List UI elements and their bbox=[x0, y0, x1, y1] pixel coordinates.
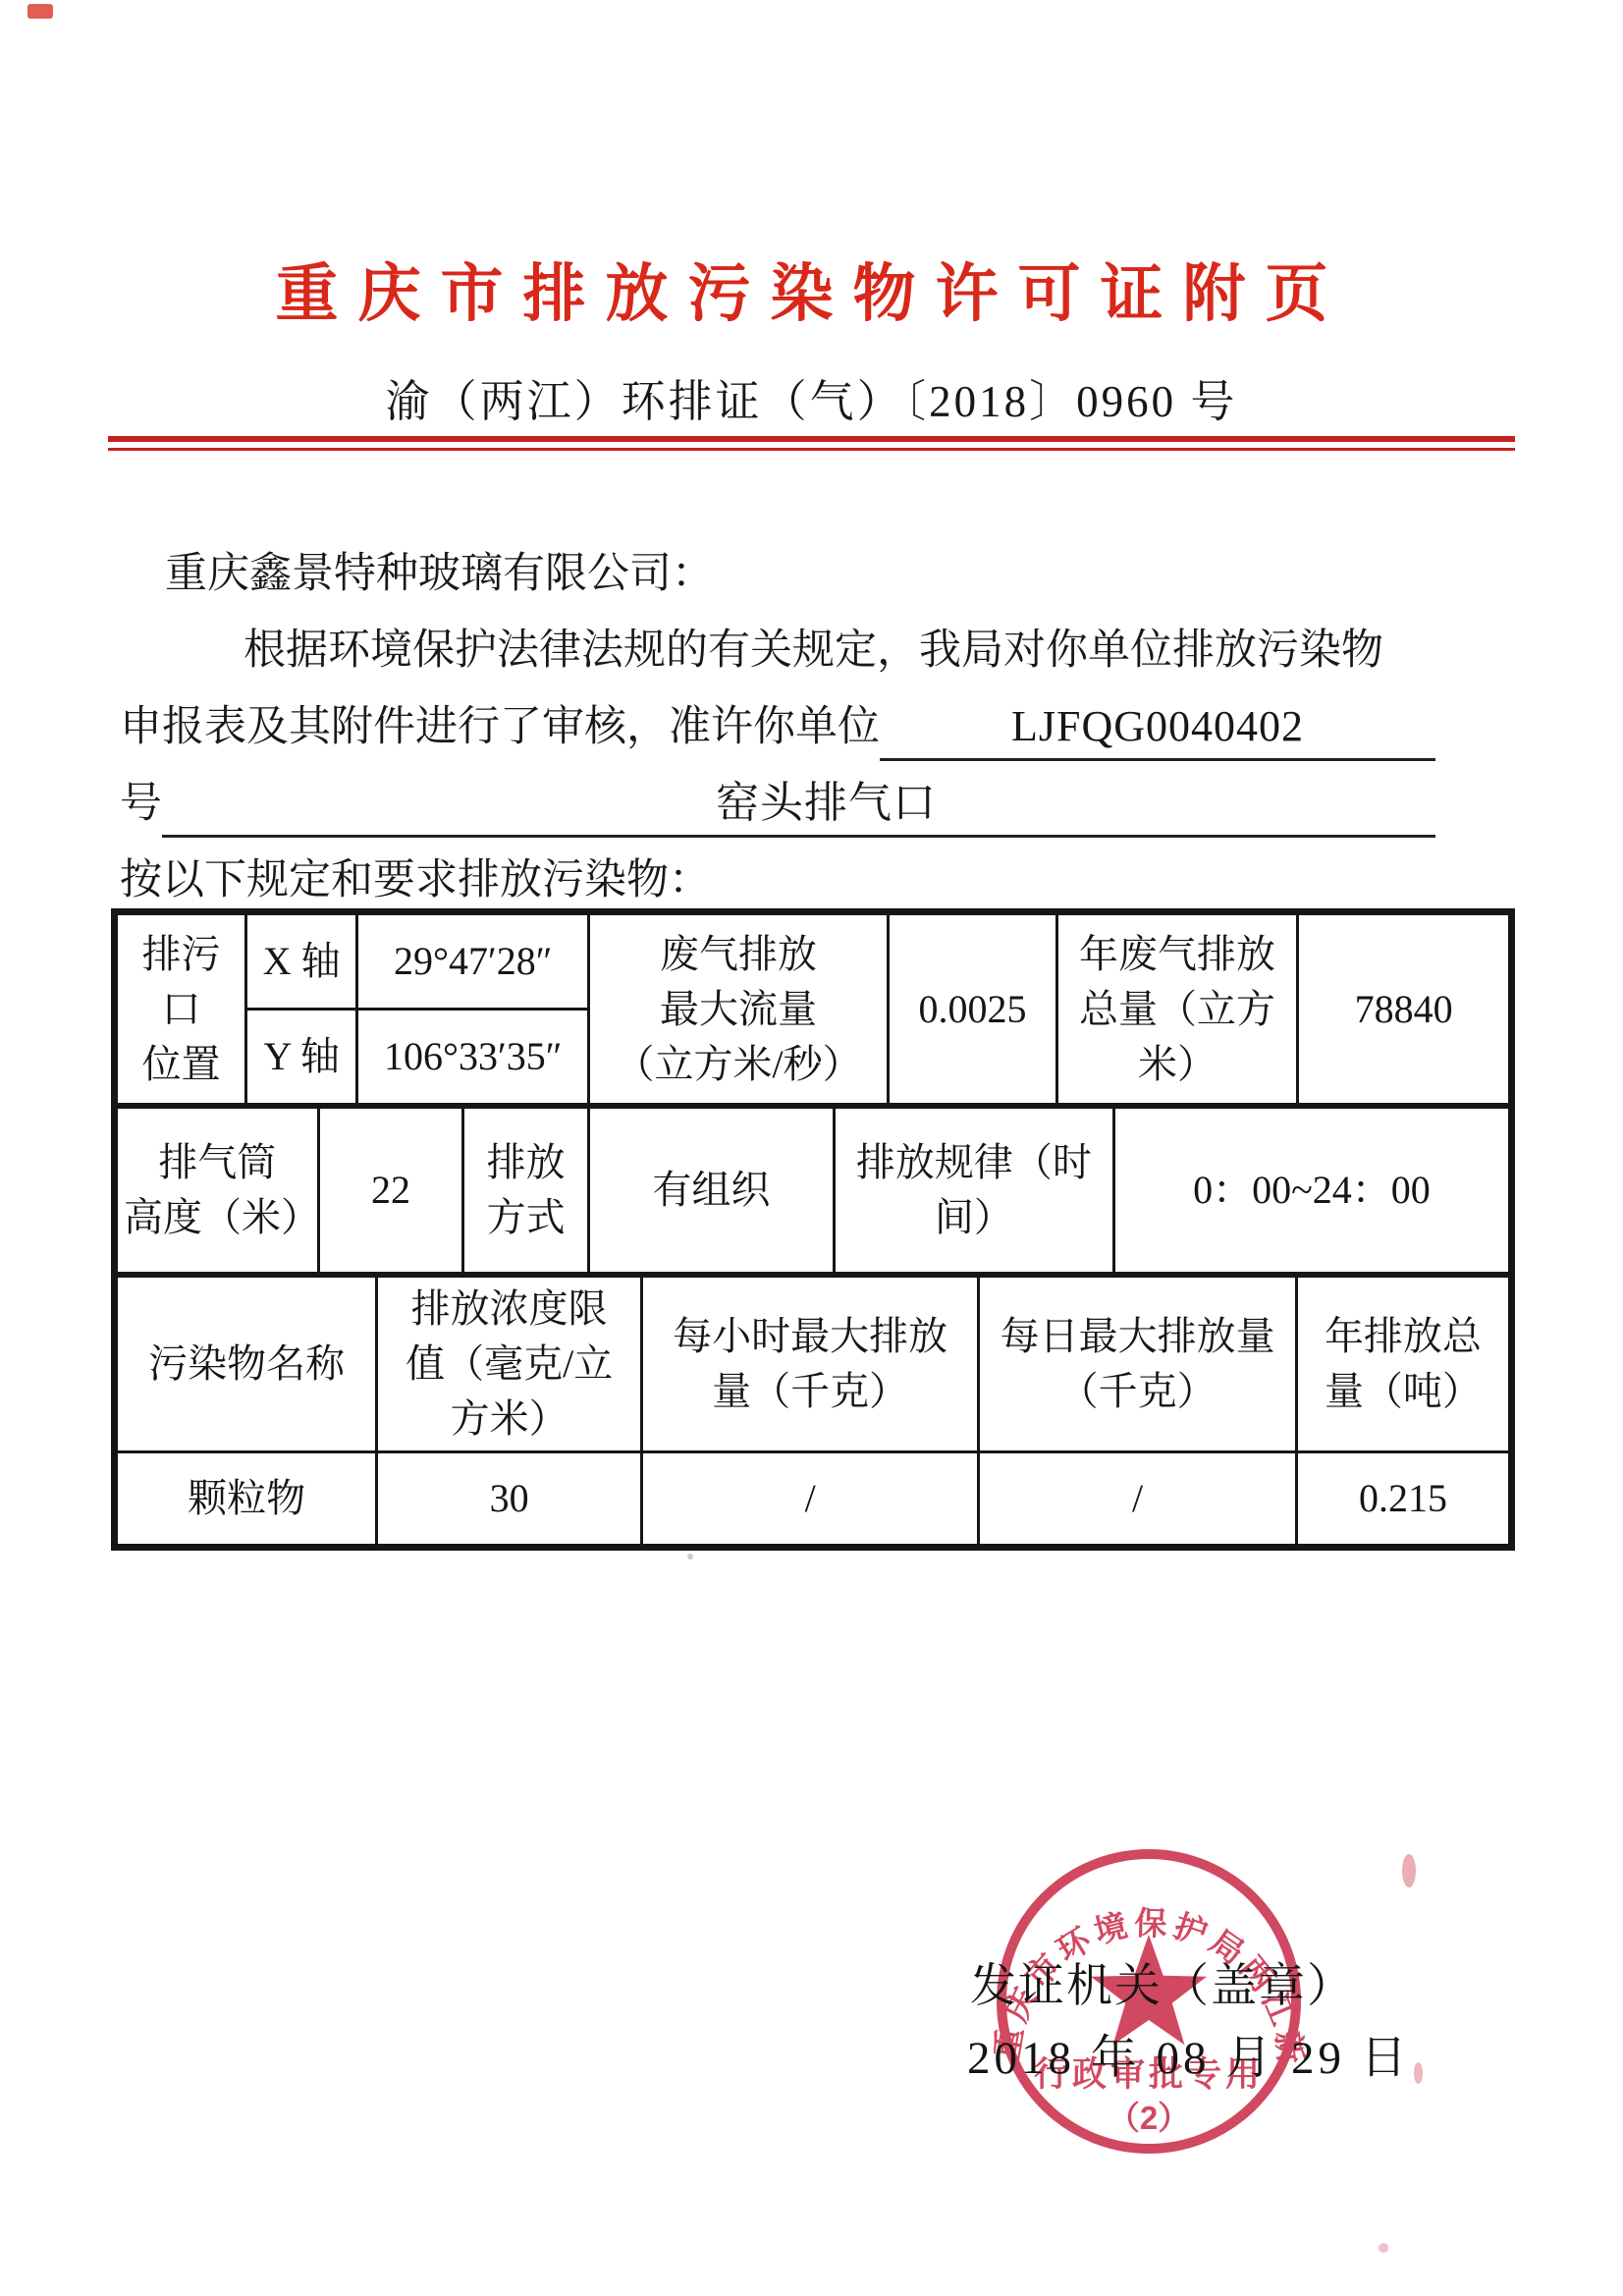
scan-artifact-stamp-smudge bbox=[1379, 2243, 1388, 2253]
line3-prefix: 申报表及其附件进行了审核，准许你单位 bbox=[120, 689, 880, 766]
discharge-schedule-value: 0：00~24：00 bbox=[1113, 1108, 1509, 1274]
header-double-rule bbox=[108, 436, 1515, 451]
concentration-limit-header: 排放浓度限 值（毫克/立 方米） bbox=[377, 1277, 642, 1452]
x-axis-label: X 轴 bbox=[245, 914, 357, 1010]
pollutant-header-row: 污染物名称 排放浓度限 值（毫克/立 方米） 每小时最大排放 量（千克） 每日最… bbox=[117, 1277, 1510, 1452]
line4-prefix: 号 bbox=[120, 766, 162, 843]
scan-artifact-stamp-smudge bbox=[1414, 2062, 1423, 2084]
daily-max-header: 每日最大排放量 （千克） bbox=[979, 1277, 1297, 1452]
certificate-number: 渝（两江）环排证（气）〔2018〕0960 号 bbox=[0, 365, 1623, 429]
body-line-4: 号 窑头排气口 bbox=[120, 766, 1435, 843]
permit-code-blank: LJFQG0040402 bbox=[880, 695, 1435, 761]
max-flow-label: 废气排放 最大流量 （立方米/秒） bbox=[589, 914, 889, 1105]
addressee-line: 重庆鑫景特种玻璃有限公司： bbox=[120, 536, 1435, 613]
outlet-position-label: 排污 口 位置 bbox=[117, 914, 246, 1105]
scan-artifact-red-mark bbox=[27, 4, 53, 19]
annual-total-header: 年排放总 量（吨） bbox=[1296, 1277, 1509, 1452]
daily-max-value: / bbox=[979, 1452, 1297, 1546]
pollutant-name-header: 污染物名称 bbox=[117, 1277, 377, 1452]
scan-artifact-stamp-smudge bbox=[1402, 1854, 1416, 1887]
body-line-3: 申报表及其附件进行了审核，准许你单位 LJFQG0040402 bbox=[120, 689, 1435, 766]
annual-gas-label: 年废气排放 总量（立方 米） bbox=[1056, 914, 1297, 1105]
stamp-number-line: （2） bbox=[1108, 2100, 1190, 2136]
table-band-pollutants: 污染物名称 排放浓度限 值（毫克/立 方米） 每小时最大排放 量（千克） 每日最… bbox=[115, 1275, 1511, 1547]
discharge-schedule-label: 排放规律（时 间） bbox=[834, 1108, 1113, 1274]
outlet-name: 窑头排气口 bbox=[716, 772, 937, 835]
pollutant-data-row: 颗粒物 30 / / 0.215 bbox=[117, 1452, 1510, 1546]
issuer-label: 发证机关（盖章） bbox=[970, 1949, 1355, 2015]
stack-height-label: 排气筒 高度（米） bbox=[117, 1108, 319, 1274]
y-axis-label: Y 轴 bbox=[245, 1010, 357, 1105]
discharge-mode-value: 有组织 bbox=[589, 1108, 835, 1274]
hourly-max-header: 每小时最大排放 量（千克） bbox=[641, 1277, 978, 1452]
table-band-position: 排污 口 位置 X 轴 29°47′28″ 废气排放 最大流量 （立方米/秒） … bbox=[115, 912, 1511, 1106]
concentration-limit-value: 30 bbox=[377, 1452, 642, 1546]
annual-total-value: 0.215 bbox=[1296, 1452, 1509, 1546]
hourly-max-value: / bbox=[641, 1452, 978, 1546]
permit-code: LJFQG0040402 bbox=[1011, 702, 1304, 750]
stack-height-value: 22 bbox=[318, 1108, 463, 1274]
x-axis-value: 29°47′28″ bbox=[357, 914, 589, 1010]
issue-date: 2018 年 08 月 29 日 bbox=[967, 2021, 1411, 2087]
document-page: 重庆市排放污染物许可证附页 渝（两江）环排证（气）〔2018〕0960 号 重庆… bbox=[0, 0, 1623, 2296]
scan-artifact-gray-dot bbox=[687, 1554, 693, 1559]
outlet-name-blank: 窑头排气口 bbox=[162, 772, 1435, 838]
discharge-mode-label: 排放 方式 bbox=[463, 1108, 589, 1274]
max-flow-value: 0.0025 bbox=[889, 914, 1057, 1105]
pollutant-name-value: 颗粒物 bbox=[117, 1452, 377, 1546]
body-paragraph: 重庆鑫景特种玻璃有限公司： 根据环境保护法律法规的有关规定，我局对你单位排放污染… bbox=[120, 536, 1435, 919]
page-title: 重庆市排放污染物许可证附页 bbox=[0, 244, 1623, 334]
y-axis-value: 106°33′35″ bbox=[357, 1010, 589, 1105]
annual-gas-value: 78840 bbox=[1298, 914, 1510, 1105]
permit-table: 排污 口 位置 X 轴 29°47′28″ 废气排放 最大流量 （立方米/秒） … bbox=[111, 908, 1515, 1551]
body-line-2: 根据环境保护法律法规的有关规定，我局对你单位排放污染物 bbox=[120, 613, 1435, 689]
table-band-stack: 排气筒 高度（米） 22 排放 方式 有组织 排放规律（时 间） 0：00~24… bbox=[115, 1106, 1511, 1275]
